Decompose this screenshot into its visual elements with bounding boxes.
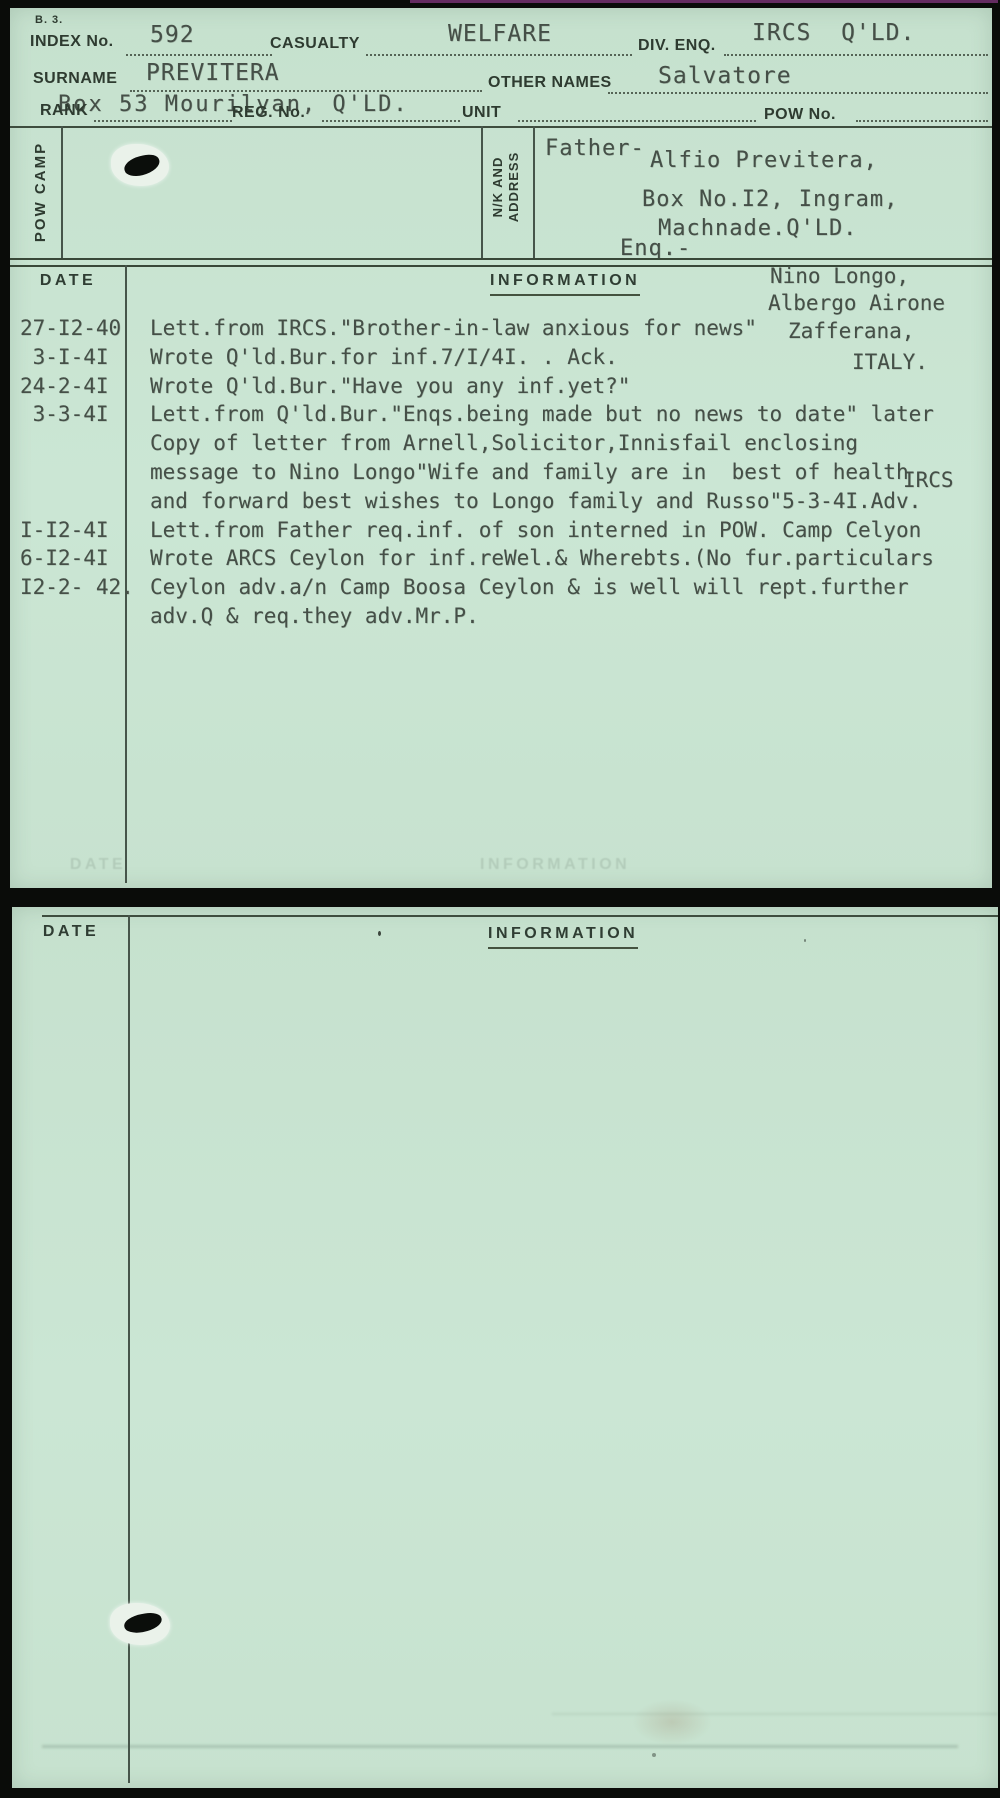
scanned-document: B. 3. INDEX No. 592 CASUALTY WELFARE DIV… bbox=[0, 0, 1000, 1798]
stain-mark bbox=[632, 1699, 712, 1745]
table-row: and forward best wishes to Longo family … bbox=[10, 487, 992, 516]
leader-dots bbox=[856, 116, 988, 122]
ink-speck bbox=[804, 939, 806, 942]
table-row: 24-2-4I Wrote Q'ld.Bur."Have you any inf… bbox=[10, 372, 992, 401]
div-enq-label: DIV. ENQ. bbox=[638, 37, 716, 55]
index-card-reverse: DATE INFORMATION bbox=[12, 907, 998, 1788]
pow-no-label: POW No. bbox=[764, 106, 836, 124]
ink-speck bbox=[652, 1753, 656, 1757]
ghost-information-header: INFORMATION bbox=[480, 856, 630, 874]
information-column-header: INFORMATION bbox=[490, 272, 640, 296]
table-row: adv.Q & req.they adv.Mr.P. bbox=[10, 602, 992, 631]
row-information: Wrote Q'ld.Bur."Have you any inf.yet?" bbox=[136, 372, 630, 401]
row-information: Copy of letter from Arnell,Solicitor,Inn… bbox=[136, 429, 858, 458]
nk-label-line2: ADDRESS bbox=[506, 152, 521, 223]
rule bbox=[42, 915, 998, 917]
surname-value: PREVITERA bbox=[146, 60, 280, 86]
reg-no-label: REG. No. bbox=[232, 104, 305, 122]
rule bbox=[533, 126, 535, 258]
table-row: I-I2-4I Lett.from Father req.inf. of son… bbox=[10, 516, 992, 545]
index-card-front: B. 3. INDEX No. 592 CASUALTY WELFARE DIV… bbox=[10, 8, 992, 888]
index-no-value: 592 bbox=[150, 22, 195, 48]
row-information: Lett.from Father req.inf. of son interne… bbox=[136, 516, 921, 545]
rule bbox=[61, 126, 63, 258]
row-date bbox=[10, 458, 136, 487]
row-information: adv.Q & req.they adv.Mr.P. bbox=[136, 602, 479, 631]
date-column-rule bbox=[128, 915, 130, 1783]
ink-speck bbox=[378, 931, 381, 936]
smudge-mark bbox=[552, 1713, 998, 1715]
table-row: 27-I2-40 Lett.from IRCS."Brother-in-law … bbox=[10, 314, 992, 343]
row-date: 3-I-4I bbox=[10, 343, 136, 372]
table-row: message to Nino Longo"Wife and family ar… bbox=[10, 458, 992, 487]
form-code: B. 3. bbox=[35, 14, 63, 26]
nk-address-label: N/K AND ADDRESS bbox=[490, 152, 521, 223]
leader-dots bbox=[724, 50, 988, 56]
row-information: message to Nino Longo"Wife and family ar… bbox=[136, 458, 909, 487]
leader-dots bbox=[94, 116, 232, 122]
table-row: 6-I2-4I Wrote ARCS Ceylon for inf.reWel.… bbox=[10, 544, 992, 573]
row-date: 27-I2-40 bbox=[10, 314, 136, 343]
nk-relation: Father- bbox=[545, 136, 645, 161]
table-row: 3-I-4I Wrote Q'ld.Bur.for inf.7/I/4I. . … bbox=[10, 343, 992, 372]
row-information: and forward best wishes to Longo family … bbox=[136, 487, 921, 516]
row-date bbox=[10, 429, 136, 458]
row-information: Lett.from Q'ld.Bur."Enqs.being made but … bbox=[136, 400, 934, 429]
margin-note-line1: Nino Longo, bbox=[770, 264, 909, 288]
row-date bbox=[10, 602, 136, 631]
leader-dots bbox=[366, 50, 632, 56]
casualty-value: WELFARE bbox=[448, 21, 552, 47]
nk-address-line1: Alfio Previtera, bbox=[650, 148, 878, 173]
row-information: Wrote ARCS Ceylon for inf.reWel.& Whereb… bbox=[136, 544, 934, 573]
row-date: 6-I2-4I bbox=[10, 544, 136, 573]
date-column-header: DATE bbox=[10, 272, 126, 290]
other-names-value: Salvatore bbox=[658, 63, 792, 89]
casualty-label: CASUALTY bbox=[270, 35, 360, 53]
unit-label: UNIT bbox=[462, 104, 501, 122]
pow-camp-label: POW CAMP bbox=[32, 127, 52, 257]
ghost-date-header: DATE bbox=[40, 856, 156, 874]
row-information: Ceylon adv.a/n Camp Boosa Ceylon & is we… bbox=[136, 573, 909, 602]
card1-info-rows: 27-I2-40 Lett.from IRCS."Brother-in-law … bbox=[10, 314, 992, 631]
row-date bbox=[10, 487, 136, 516]
leader-dots bbox=[518, 116, 756, 122]
surname-label: SURNAME bbox=[33, 70, 117, 88]
margin-note-line2: Albergo Airone bbox=[768, 291, 945, 315]
index-no-label: INDEX No. bbox=[30, 33, 114, 51]
rule bbox=[481, 126, 483, 258]
information-column-header: INFORMATION bbox=[488, 925, 638, 949]
other-names-label: OTHER NAMES bbox=[488, 74, 612, 92]
smudge-mark bbox=[42, 1745, 958, 1748]
row-information: Wrote Q'ld.Bur.for inf.7/I/4I. . Ack. bbox=[136, 343, 618, 372]
rank-label: RANK bbox=[40, 102, 88, 120]
row-information: Lett.from IRCS."Brother-in-law anxious f… bbox=[136, 314, 757, 343]
table-row: I2-2- 42. Ceylon adv.a/n Camp Boosa Ceyl… bbox=[10, 573, 992, 602]
leader-dots bbox=[322, 116, 460, 122]
row-date: 3-3-4I bbox=[10, 400, 136, 429]
date-column-header: DATE bbox=[12, 923, 130, 941]
leader-dots bbox=[126, 50, 272, 56]
row-date: I-I2-4I bbox=[10, 516, 136, 545]
nk-label-line1: N/K AND bbox=[490, 157, 505, 218]
scan-artifact-line bbox=[410, 0, 998, 3]
table-row: 3-3-4I Lett.from Q'ld.Bur."Enqs.being ma… bbox=[10, 400, 992, 429]
nk-address-line2: Box No.I2, Ingram, bbox=[642, 187, 898, 212]
div-enq-value: IRCS Q'LD. bbox=[752, 20, 915, 46]
table-row: Copy of letter from Arnell,Solicitor,Inn… bbox=[10, 429, 992, 458]
row-date: I2-2- 42. bbox=[10, 573, 136, 602]
rule bbox=[10, 126, 992, 128]
row-date: 24-2-4I bbox=[10, 372, 136, 401]
